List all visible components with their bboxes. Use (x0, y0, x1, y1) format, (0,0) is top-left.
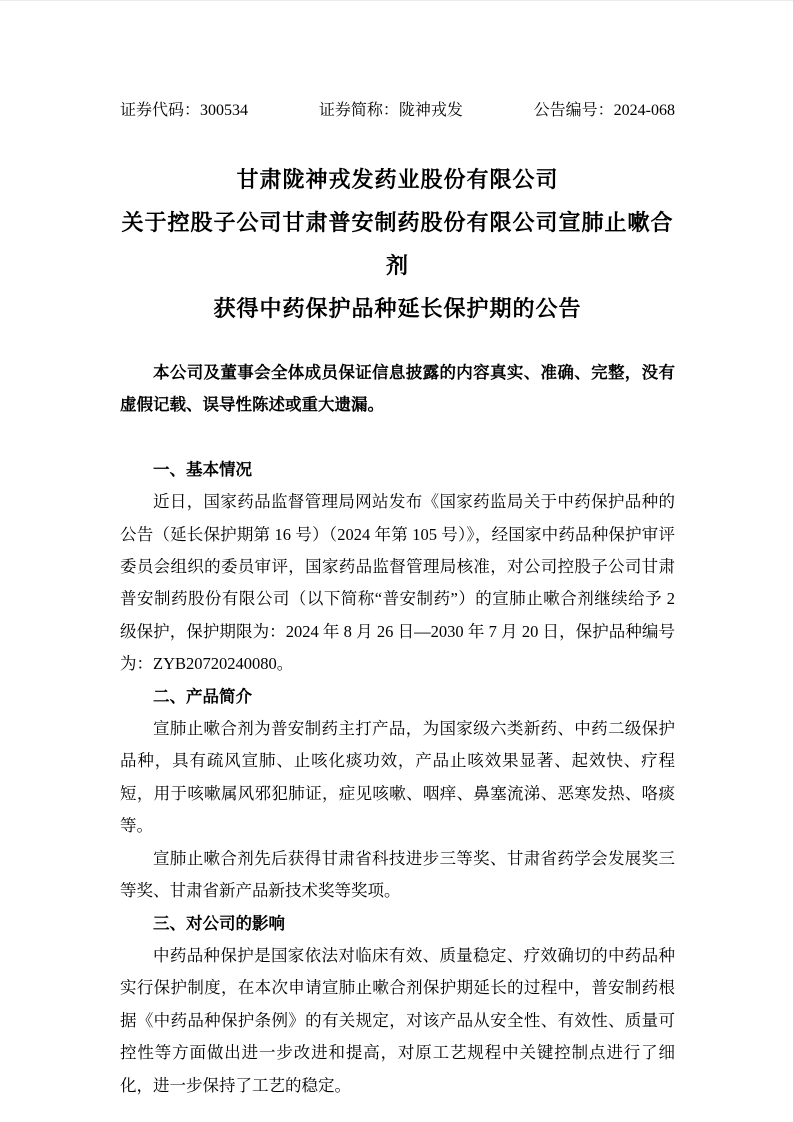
announcement-page: 证券代码：300534 证券简称：陇神戎发 公告编号：2024-068 甘肃陇神… (0, 0, 793, 1122)
document-meta-header: 证券代码：300534 证券简称：陇神戎发 公告编号：2024-068 (120, 101, 675, 121)
stock-code: 证券代码：300534 (120, 101, 248, 121)
paragraph-product-awards: 宣肺止嗽合剂先后获得甘肃省科技进步三等奖、甘肃省药学会发展奖三等奖、甘肃省新产品… (120, 843, 675, 908)
section-heading-basic-info: 一、基本情况 (120, 454, 675, 486)
section-heading-product-intro: 二、产品简介 (120, 681, 675, 713)
paragraph-basic-info: 近日，国家药品监督管理局网站发布《国家药监局关于中药保护品种的公告（延长保护期第… (120, 486, 675, 680)
title-company-name: 甘肃陇神戎发药业股份有限公司 (120, 158, 675, 201)
section-company-impact: 三、对公司的影响 中药品种保护是国家依法对临床有效、质量稳定、疗效确切的中药品种… (120, 908, 675, 1102)
announcement-number: 公告编号：2024-068 (534, 101, 675, 121)
title-subject-line-1: 关于控股子公司甘肃普安制药股份有限公司宣肺止嗽合剂 (120, 201, 675, 287)
paragraph-company-impact: 中药品种保护是国家依法对临床有效、质量稳定、疗效确切的中药品种实行保护制度，在本… (120, 940, 675, 1102)
section-basic-info: 一、基本情况 近日，国家药品监督管理局网站发布《国家药监局关于中药保护品种的公告… (120, 454, 675, 681)
section-product-intro: 二、产品简介 宣肺止嗽合剂为普安制药主打产品，为国家级六类新药、中药二级保护品种… (120, 681, 675, 908)
section-heading-company-impact: 三、对公司的影响 (120, 908, 675, 940)
document-title: 甘肃陇神戎发药业股份有限公司 关于控股子公司甘肃普安制药股份有限公司宣肺止嗽合剂… (120, 158, 675, 330)
paragraph-product-description: 宣肺止嗽合剂为普安制药主打产品，为国家级六类新药、中药二级保护品种，具有疏风宣肺… (120, 713, 675, 843)
title-subject-line-2: 获得中药保护品种延长保护期的公告 (120, 287, 675, 330)
truthfulness-declaration: 本公司及董事会全体成员保证信息披露的内容真实、准确、完整，没有虚假记载、误导性陈… (120, 357, 675, 422)
stock-short-name: 证券简称：陇神戎发 (319, 101, 463, 121)
